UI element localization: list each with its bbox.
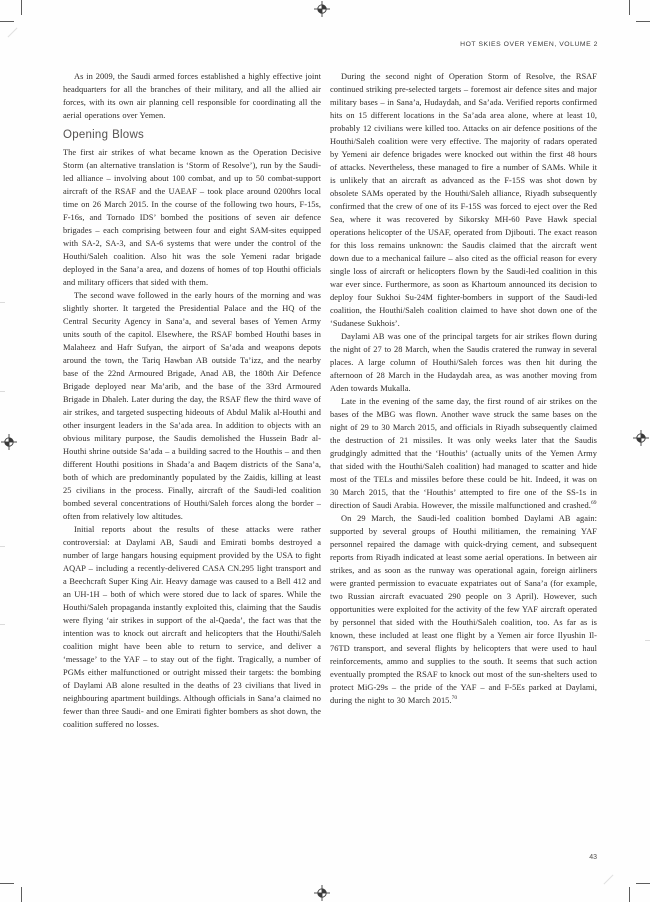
crop-mark-icon: [0, 883, 14, 884]
crop-mark-icon: [636, 883, 650, 884]
body-paragraph: Initial reports about the results of the…: [63, 523, 321, 731]
registration-mark-icon: [314, 885, 330, 901]
body-paragraph: On 29 March, the Saudi-led coalition bom…: [330, 512, 597, 707]
paragraph-text: On 29 March, the Saudi-led coalition bom…: [330, 514, 597, 705]
collation-tick: [0, 391, 5, 392]
text-column-right: During the second night of Operation Sto…: [330, 70, 597, 707]
body-paragraph: During the second night of Operation Sto…: [330, 70, 597, 330]
crop-mark-icon: [629, 887, 630, 902]
collation-tick: [0, 302, 5, 303]
crop-mark-icon: [636, 21, 650, 22]
text-column-left: As in 2009, the Saudi armed forces estab…: [63, 70, 321, 731]
footnote-marker: 69: [591, 500, 597, 506]
footnote-marker: 70: [452, 695, 458, 701]
collation-tick: [0, 546, 5, 547]
crop-mark-icon: [21, 0, 22, 15]
scan-smudge: [8, 28, 18, 38]
collation-tick: [645, 640, 650, 641]
crop-mark-icon: [21, 887, 22, 902]
body-paragraph: As in 2009, the Saudi armed forces estab…: [63, 70, 321, 122]
collation-tick: [0, 624, 5, 625]
crop-mark-icon: [0, 21, 14, 22]
scan-smudge: [604, 875, 614, 885]
running-header: HOT SKIES OVER YEMEN, VOLUME 2: [460, 41, 598, 48]
page-number: 43: [589, 854, 597, 861]
section-heading: Opening Blows: [63, 128, 321, 142]
body-paragraph: The first air strikes of what became kno…: [63, 146, 321, 289]
registration-mark-icon: [633, 430, 649, 446]
paragraph-text: Late in the evening of the same day, the…: [330, 397, 597, 510]
book-page: HOT SKIES OVER YEMEN, VOLUME 2 As in 200…: [0, 0, 650, 902]
body-paragraph: The second wave followed in the early ho…: [63, 289, 321, 523]
registration-mark-icon: [314, 1, 330, 17]
body-paragraph: Daylami AB was one of the principal targ…: [330, 330, 597, 395]
body-paragraph: Late in the evening of the same day, the…: [330, 395, 597, 512]
registration-mark-icon: [1, 434, 17, 450]
crop-mark-icon: [629, 0, 630, 15]
